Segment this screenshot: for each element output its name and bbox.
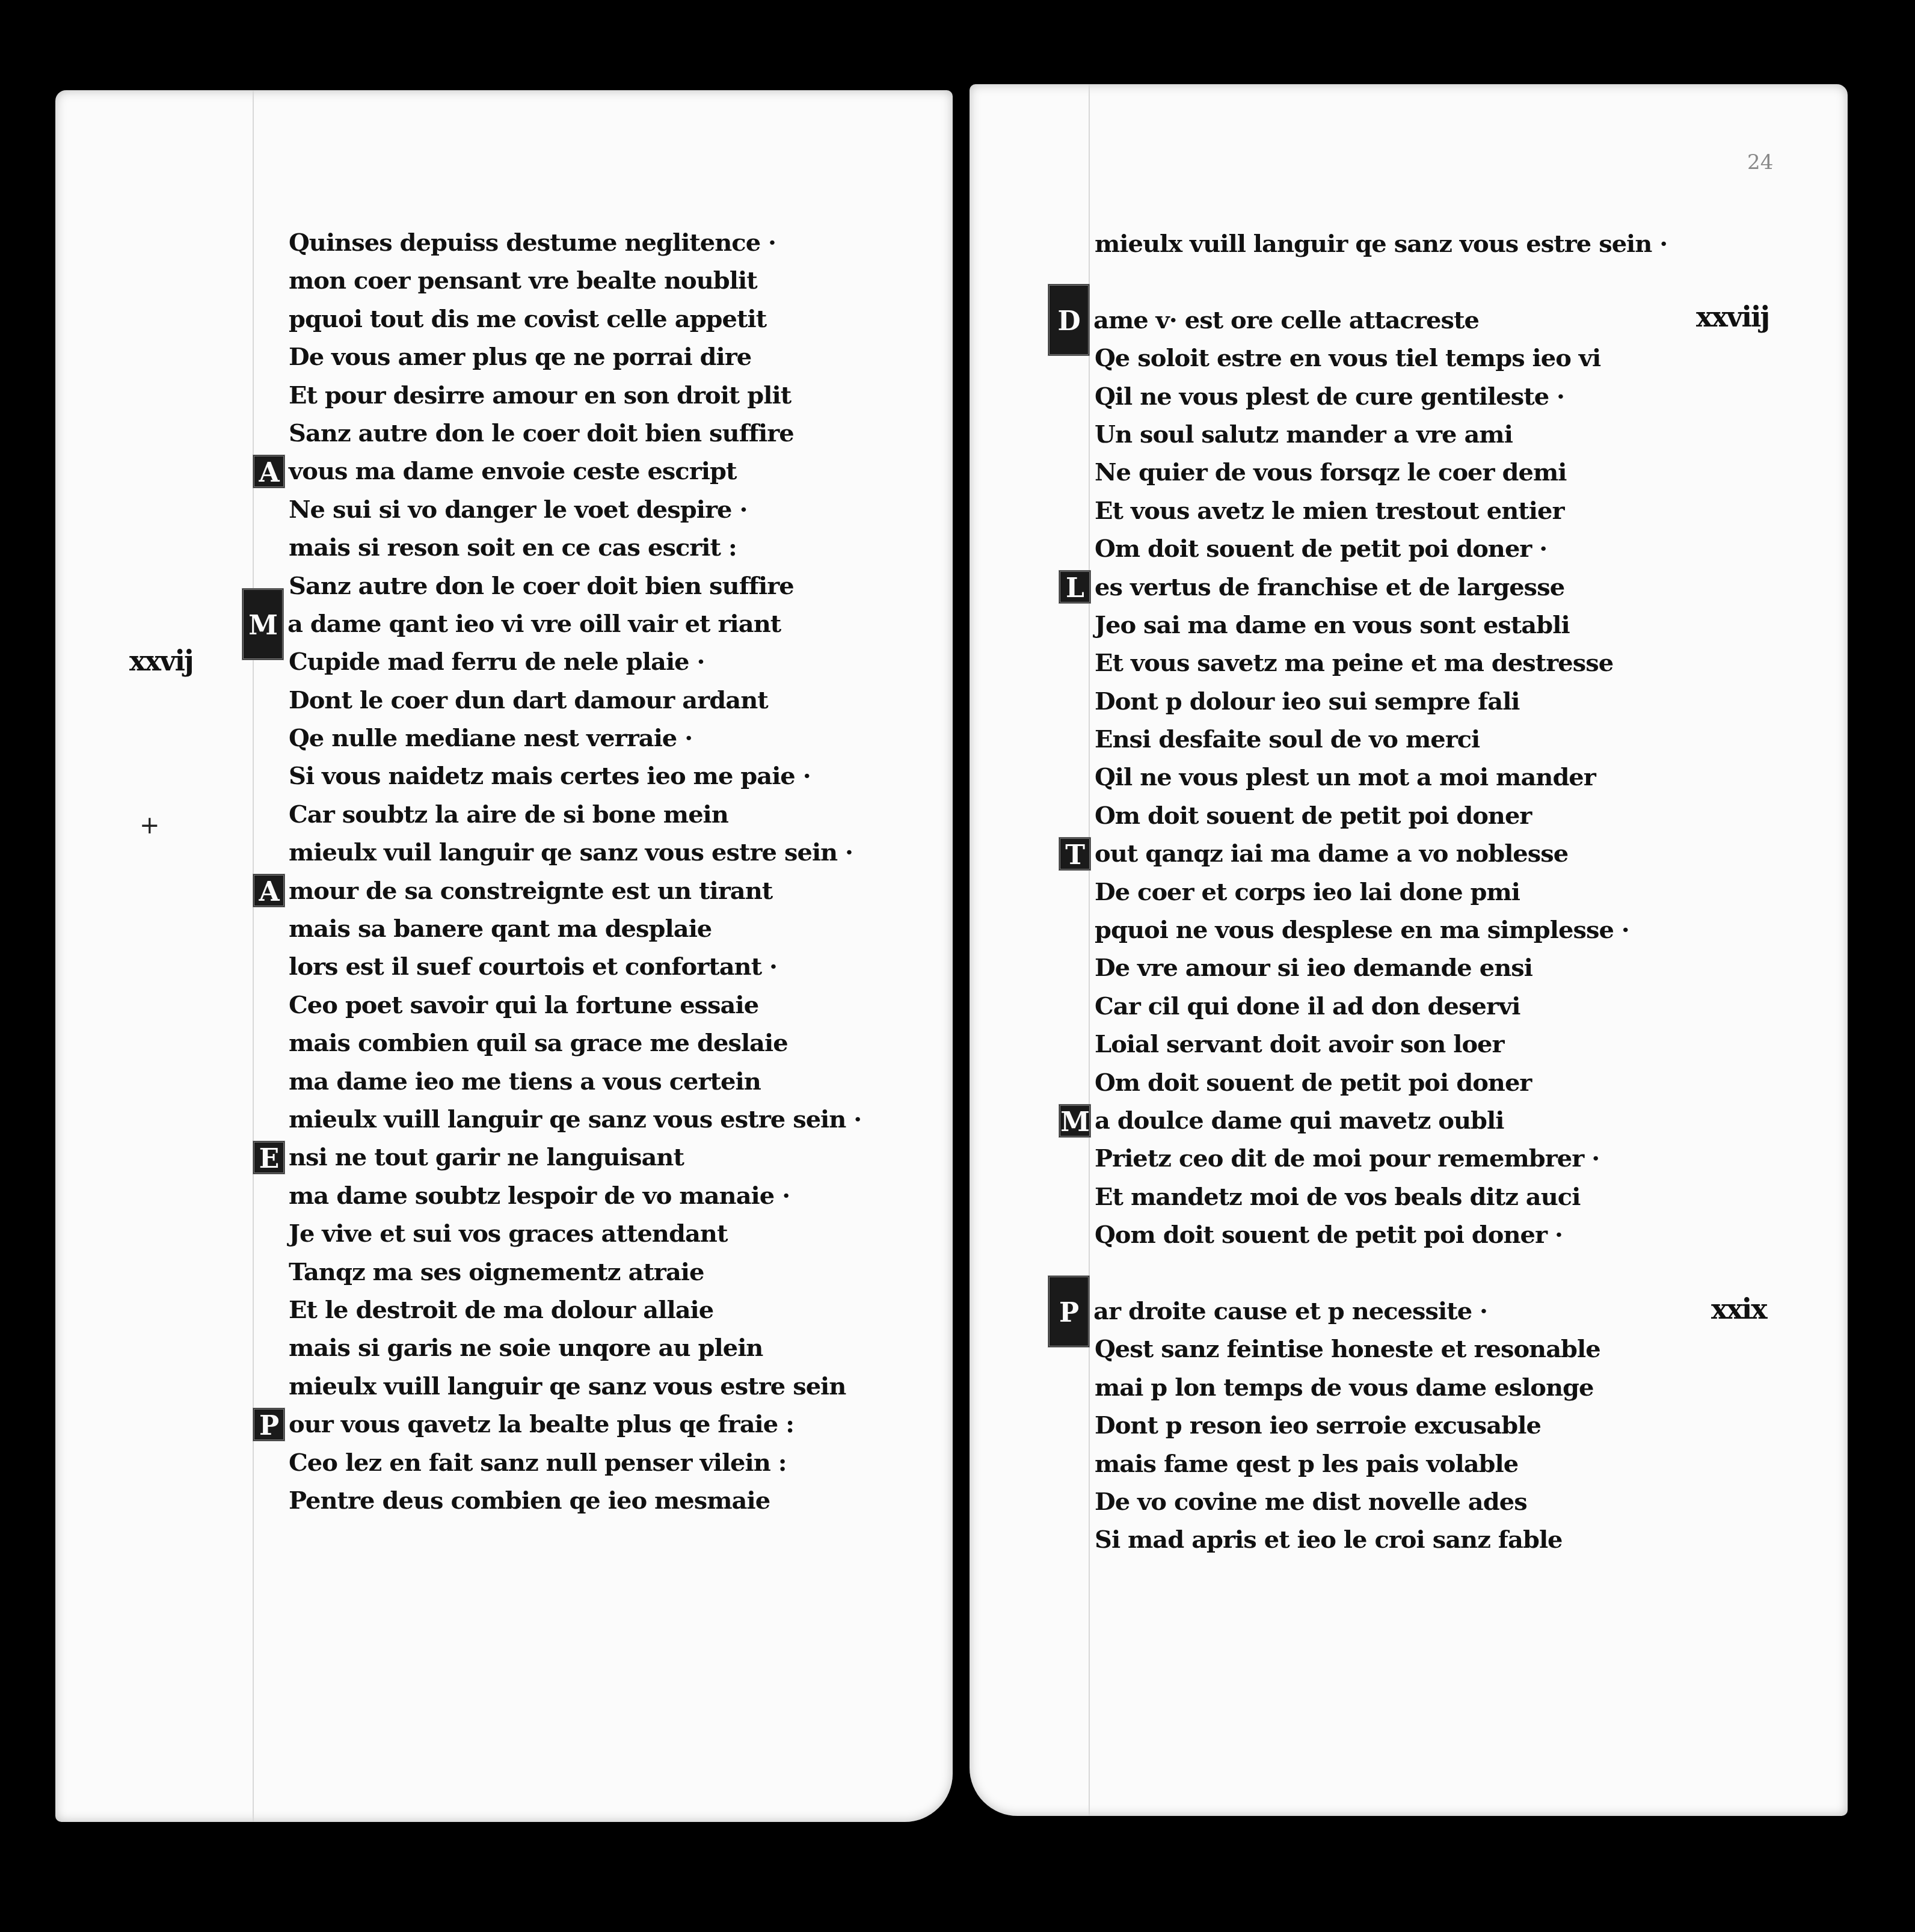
verse-text: mais si garis ne soie unqore au plein (289, 1329, 763, 1367)
verse-line: mieulx vuill languir qe sanz vous estre … (289, 1367, 938, 1405)
verse-text: Qil ne vous plest un mot a moi mander (1095, 758, 1596, 796)
verse-text: Un soul salutz mander a vre ami (1095, 416, 1513, 453)
verse-line: Si mad apris et ieo le croi sanz fable (1095, 1521, 1696, 1559)
verse-text: pquoi ne vous desplese en ma simplesse · (1095, 911, 1629, 949)
verse-line: Qil ne vous plest de cure gentileste · (1095, 378, 1696, 416)
verse-text: Ne quier de vous forsqz le coer demi (1095, 453, 1567, 491)
verse-line: Et pour desirre amour en son droit plit (289, 376, 938, 414)
verse-text: Car cil qui done il ad don deservi (1095, 987, 1520, 1025)
verse-line: Qe nulle mediane nest verraie · (289, 719, 938, 757)
verse-text: our vous qavetz la bealte plus qe fraie … (289, 1405, 794, 1443)
verse-line: De vo covine me dist novelle ades (1095, 1483, 1696, 1521)
verse-text: Ceo poet savoir qui la fortune essaie (289, 986, 758, 1024)
verse-line: Dont p reson ieo serroie excusable (1095, 1406, 1696, 1444)
verse-text: ma dame soubtz lespoir de vo manaie · (289, 1177, 790, 1215)
verse-line: Om doit souent de petit poi doner (1095, 1064, 1696, 1102)
verse-line: De coer et corps ieo lai done pmi (1095, 873, 1696, 911)
verse-line: Ne sui si vo danger le voet despire · (289, 491, 938, 529)
verse-line: Car cil qui done il ad don deservi (1095, 987, 1696, 1025)
verse-text: mon coer pensant vre bealte noublit (289, 262, 757, 299)
verse-text: Om doit souent de petit poi doner (1095, 1064, 1531, 1102)
verse-text: mais combien quil sa grace me deslaie (289, 1024, 788, 1062)
verse-text: Et vous avetz le mien trestout entier (1095, 492, 1564, 530)
verse-line: ma dame soubtz lespoir de vo manaie · (289, 1177, 938, 1215)
verse-text: mieulx vuil languir qe sanz vous estre s… (289, 833, 853, 871)
verse-text: Et le destroit de ma dolour allaie (289, 1291, 713, 1329)
verse-line: Sanz autre don le coer doit bien suffire (289, 414, 938, 452)
verse-text: Et pour desirre amour en son droit plit (289, 376, 791, 414)
verse-text: Jeo sai ma dame en vous sont establi (1095, 606, 1570, 644)
verse-line: Et mandetz moi de vos beals ditz auci (1095, 1178, 1696, 1216)
verse-text: Sanz autre don le coer doit bien suffire (289, 567, 794, 605)
verse-line: Jeo sai ma dame en vous sont establi (1095, 606, 1696, 644)
verse-text: Car soubtz la aire de si bone mein (289, 796, 728, 833)
verse-line: Prietz ceo dit de moi pour remembrer · (1095, 1139, 1696, 1177)
verse-text: Si vous naidetz mais certes ieo me paie … (289, 757, 811, 795)
verse-line: Dame v· est ore celle attacreste (1095, 301, 1696, 339)
verse-line: Et le destroit de ma dolour allaie (289, 1291, 938, 1329)
verse-line: Ceo lez en fait sanz null penser vilein … (289, 1444, 938, 1482)
marginal-numeral-left: xxvij (129, 645, 193, 677)
verse-line: Ma dame qant ieo vi vre oill vair et ria… (289, 605, 938, 643)
verse-line: pquoi ne vous desplese en ma simplesse · (1095, 911, 1696, 949)
verse-line: De vre amour si ieo demande ensi (1095, 949, 1696, 987)
verse-text: Cupide mad ferru de nele plaie · (289, 643, 704, 681)
verse-line: Pentre deus combien qe ieo mesmaie (289, 1482, 938, 1520)
stanza-gap (1095, 263, 1696, 301)
verse-text: Ne sui si vo danger le voet despire · (289, 491, 747, 529)
verse-text: Om doit souent de petit poi doner · (1095, 530, 1547, 568)
verse-line: Car soubtz la aire de si bone mein (289, 796, 938, 833)
verse-text: mieulx vuill languir qe sanz vous estre … (289, 1100, 861, 1138)
book-gutter (953, 90, 970, 1822)
verse-text: Prietz ceo dit de moi pour remembrer · (1095, 1139, 1599, 1177)
verse-text: lors est il suef courtois et confortant … (289, 948, 777, 986)
marginal-numeral-right-1: xxviij (1696, 301, 1769, 333)
verse-line: mieulx vuill languir qe sanz vous estre … (289, 1100, 938, 1138)
verse-line: lors est il suef courtois et confortant … (289, 948, 938, 986)
verse-line: Avous ma dame envoie ceste escript (289, 452, 938, 490)
verse-text: Qest sanz feintise honeste et resonable (1095, 1330, 1600, 1368)
verse-line: Les vertus de franchise et de largesse (1095, 568, 1696, 606)
verse-text: es vertus de franchise et de largesse (1095, 568, 1564, 606)
verse-text: Tanqz ma ses oignementz atraie (289, 1253, 704, 1291)
verse-line: ma dame ieo me tiens a vous certein (289, 1063, 938, 1100)
verse-text: mieulx vuill languir qe sanz vous estre … (1095, 225, 1667, 263)
verse-text: Si mad apris et ieo le croi sanz fable (1095, 1521, 1563, 1559)
verse-line: Tout qanqz iai ma dame a vo noblesse (1095, 835, 1696, 872)
verse-line: Dont p dolour ieo sui sempre fali (1095, 682, 1696, 720)
decorated-initial: A (253, 874, 285, 907)
verse-text: Quinses depuiss destume neglitence · (289, 224, 776, 262)
right-page-text: mieulx vuill languir qe sanz vous estre … (1095, 225, 1696, 1559)
verse-text: Je vive et sui vos graces attendant (289, 1215, 727, 1253)
verse-line: Om doit souent de petit poi doner · (1095, 530, 1696, 568)
verse-text: ar droite cause et p necessite · (1093, 1292, 1487, 1330)
decorated-initial: P (253, 1408, 285, 1441)
folio-number: 24 (1747, 150, 1773, 174)
decorated-initial: E (253, 1141, 285, 1174)
verse-line: mon coer pensant vre bealte noublit (289, 262, 938, 299)
verse-text: vous ma dame envoie ceste escript (289, 452, 736, 490)
verse-line: Un soul salutz mander a vre ami (1095, 416, 1696, 453)
verse-text: ame v· est ore celle attacreste (1093, 301, 1479, 339)
verse-line: Om doit souent de petit poi doner (1095, 797, 1696, 835)
decorated-initial: T (1059, 837, 1091, 871)
verse-line: Amour de sa constreignte est un tirant (289, 872, 938, 910)
verse-text: De vre amour si ieo demande ensi (1095, 949, 1532, 987)
decorated-initial: M (1059, 1104, 1091, 1138)
verse-text: a dame qant ieo vi vre oill vair et rian… (287, 605, 781, 643)
verse-line: Ma doulce dame qui mavetz oubli (1095, 1102, 1696, 1139)
decorated-initial: D (1048, 284, 1090, 356)
verse-line: Et vous avetz le mien trestout entier (1095, 492, 1696, 530)
verse-line: mai p lon temps de vous dame eslonge (1095, 1369, 1696, 1406)
verse-line: mieulx vuil languir qe sanz vous estre s… (289, 833, 938, 871)
verse-text: Qom doit souent de petit poi doner · (1095, 1216, 1563, 1254)
verse-text: Om doit souent de petit poi doner (1095, 797, 1531, 835)
verse-text: Et vous savetz ma peine et ma destresse (1095, 644, 1613, 682)
verse-line: Quinses depuiss destume neglitence · (289, 224, 938, 262)
verse-line: Ensi ne tout garir ne languisant (289, 1138, 938, 1176)
verse-text: Dont p reson ieo serroie excusable (1095, 1406, 1541, 1444)
verse-text: mais si reson soit en ce cas escrit : (289, 529, 737, 566)
verse-text: mais fame qest p les pais volable (1095, 1445, 1518, 1483)
marginal-numeral-right-2: xxix (1711, 1293, 1766, 1325)
verse-text: De coer et corps ieo lai done pmi (1095, 873, 1520, 911)
verse-text: Qe soloit estre en vous tiel temps ieo v… (1095, 339, 1600, 377)
verse-line: Qest sanz feintise honeste et resonable (1095, 1330, 1696, 1368)
verse-line: Qe soloit estre en vous tiel temps ieo v… (1095, 339, 1696, 377)
decorated-initial: A (253, 455, 285, 488)
verse-text: mour de sa constreignte est un tirant (289, 872, 772, 910)
verse-text: Pentre deus combien qe ieo mesmaie (289, 1482, 770, 1520)
verse-line: De vous amer plus qe ne porrai dire (289, 338, 938, 376)
verse-text: out qanqz iai ma dame a vo noblesse (1095, 835, 1568, 872)
verse-text: mieulx vuill languir qe sanz vous estre … (289, 1367, 846, 1405)
verse-text: Qil ne vous plest de cure gentileste · (1095, 378, 1564, 416)
verse-line: Sanz autre don le coer doit bien suffire (289, 567, 938, 605)
verse-text: mai p lon temps de vous dame eslonge (1095, 1369, 1594, 1406)
verse-line: pquoi tout dis me covist celle appetit (289, 300, 938, 338)
verse-text: Dont le coer dun dart damour ardant (289, 681, 768, 719)
verse-line: mais si reson soit en ce cas escrit : (289, 529, 938, 566)
verse-text: De vo covine me dist novelle ades (1095, 1483, 1527, 1521)
verse-text: ma dame ieo me tiens a vous certein (289, 1063, 761, 1100)
verse-line: mais si garis ne soie unqore au plein (289, 1329, 938, 1367)
verse-line: Ne quier de vous forsqz le coer demi (1095, 453, 1696, 491)
verse-line: Et vous savetz ma peine et ma destresse (1095, 644, 1696, 682)
verse-line: Ceo poet savoir qui la fortune essaie (289, 986, 938, 1024)
verse-line: Par droite cause et p necessite · (1095, 1292, 1696, 1330)
stanza-gap (1095, 1254, 1696, 1292)
verse-text: a doulce dame qui mavetz oubli (1095, 1102, 1504, 1139)
verse-text: De vous amer plus qe ne porrai dire (289, 338, 751, 376)
decorated-initial: P (1048, 1275, 1090, 1348)
verse-line: Qom doit souent de petit poi doner · (1095, 1216, 1696, 1254)
verse-line: Si vous naidetz mais certes ieo me paie … (289, 757, 938, 795)
verse-line: Je vive et sui vos graces attendant (289, 1215, 938, 1253)
verse-line: mais fame qest p les pais volable (1095, 1445, 1696, 1483)
verse-text: Loial servant doit avoir son loer (1095, 1025, 1504, 1063)
verse-text: Qe nulle mediane nest verraie · (289, 719, 692, 757)
verse-line: mieulx vuill languir qe sanz vous estre … (1095, 225, 1696, 263)
verse-text: pquoi tout dis me covist celle appetit (289, 300, 766, 338)
verse-line: Loial servant doit avoir son loer (1095, 1025, 1696, 1063)
decorated-initial: M (242, 588, 284, 660)
verse-line: mais sa banere qant ma desplaie (289, 910, 938, 948)
left-page-text: Quinses depuiss destume neglitence ·mon … (289, 224, 938, 1520)
verse-text: Et mandetz moi de vos beals ditz auci (1095, 1178, 1580, 1216)
verse-text: Ceo lez en fait sanz null penser vilein … (289, 1444, 787, 1482)
verse-text: mais sa banere qant ma desplaie (289, 910, 712, 948)
verse-line: Tanqz ma ses oignementz atraie (289, 1253, 938, 1291)
verse-line: Cupide mad ferru de nele plaie · (289, 643, 938, 681)
verse-text: Dont p dolour ieo sui sempre fali (1095, 682, 1520, 720)
decorated-initial: L (1059, 570, 1091, 604)
verse-line: Qil ne vous plest un mot a moi mander (1095, 758, 1696, 796)
verse-line: Ensi desfaite soul de vo merci (1095, 720, 1696, 758)
verse-text: Sanz autre don le coer doit bien suffire (289, 414, 794, 452)
verse-line: Dont le coer dun dart damour ardant (289, 681, 938, 719)
marginal-cross-mark: + (140, 812, 160, 839)
verse-text: Ensi desfaite soul de vo merci (1095, 720, 1480, 758)
verse-line: mais combien quil sa grace me deslaie (289, 1024, 938, 1062)
verse-line: Pour vous qavetz la bealte plus qe fraie… (289, 1405, 938, 1443)
verse-text: nsi ne tout garir ne languisant (289, 1138, 684, 1176)
left-ruling-line (253, 90, 254, 1822)
